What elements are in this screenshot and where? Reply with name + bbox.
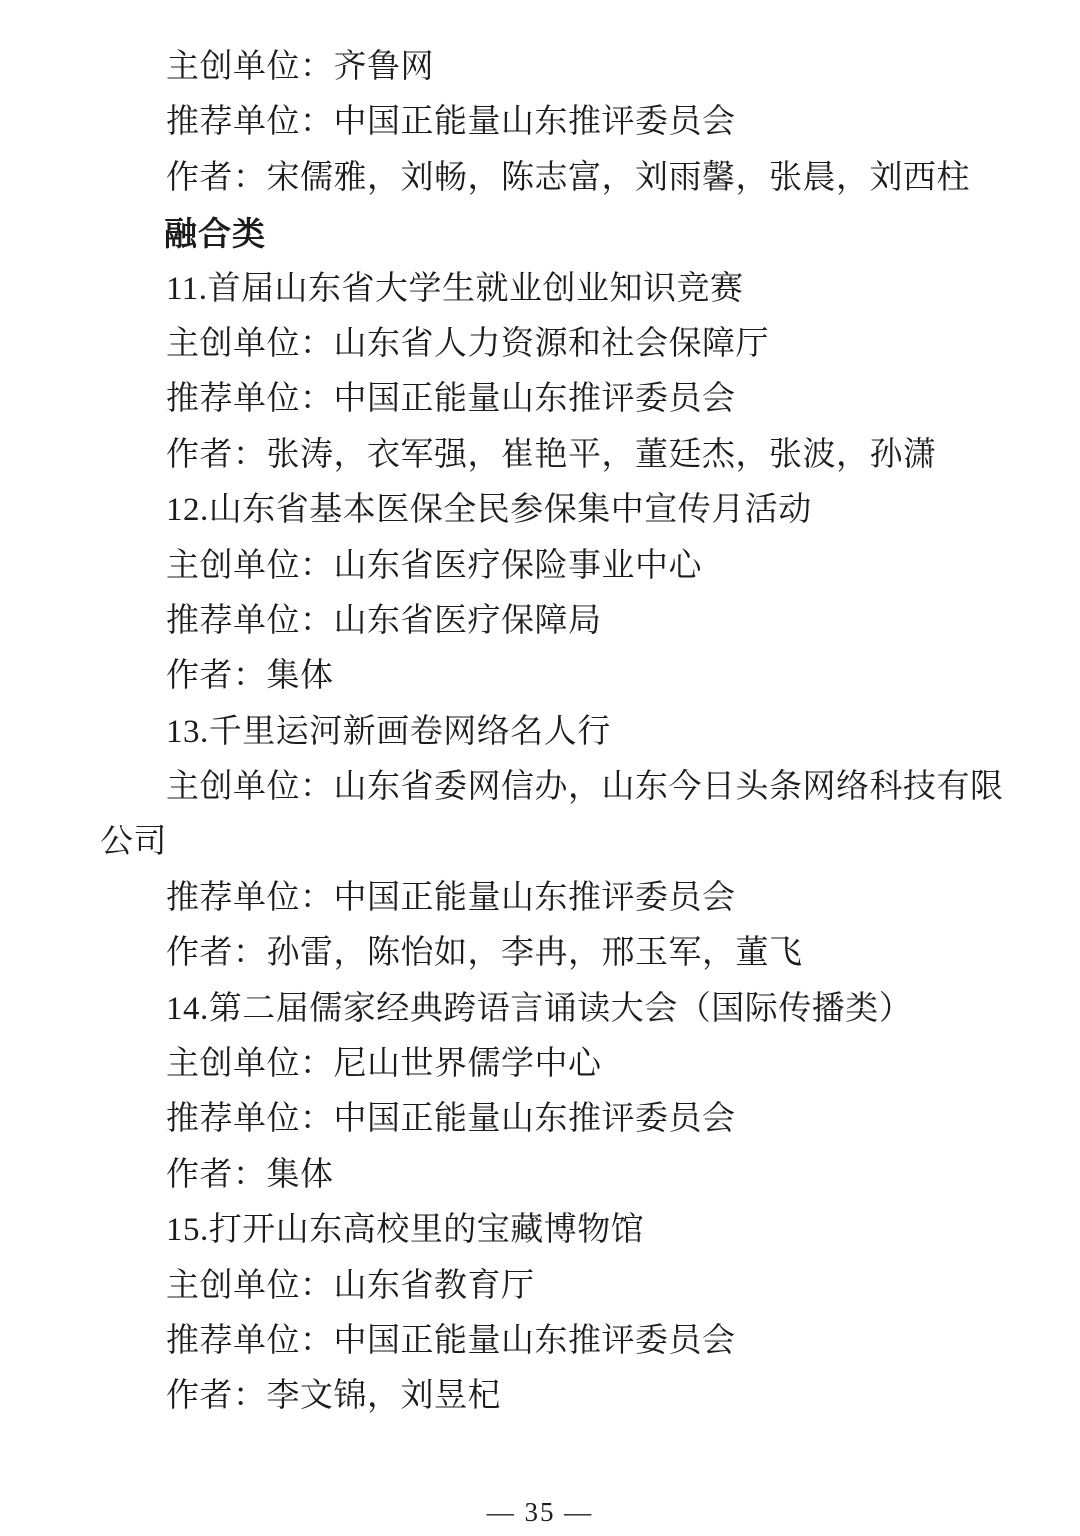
page-footer: — 35 — bbox=[0, 1497, 1080, 1528]
page-number: — 35 — bbox=[487, 1497, 594, 1527]
document-line: 推荐单位：中国正能量山东推评委员会 bbox=[100, 1092, 990, 1147]
document-line: 推荐单位：中国正能量山东推评委员会 bbox=[100, 1314, 990, 1369]
document-line: 作者：张涛，衣军强，崔艳平，董廷杰，张波，孙潇 bbox=[100, 428, 990, 483]
document-line: 11.首届山东省大学生就业创业知识竞赛 bbox=[100, 262, 990, 317]
document-line: 作者：集体 bbox=[100, 649, 990, 704]
document-line: 主创单位：山东省医疗保险事业中心 bbox=[100, 539, 990, 594]
document-line: 作者：孙雷，陈怡如，李冉，邢玉军，董飞 bbox=[100, 926, 990, 981]
document-line: 作者：宋儒雅，刘畅，陈志富，刘雨馨，张晨，刘西柱 bbox=[100, 151, 990, 206]
document-line: 14.第二届儒家经典跨语言诵读大会（国际传播类） bbox=[100, 982, 990, 1037]
document-line: 主创单位：山东省人力资源和社会保障厅 bbox=[100, 317, 990, 372]
document-line: 推荐单位：中国正能量山东推评委员会 bbox=[100, 95, 990, 150]
document-line: 推荐单位：中国正能量山东推评委员会 bbox=[100, 871, 990, 926]
document-line: 推荐单位：山东省医疗保障局 bbox=[100, 594, 990, 649]
document-line: 主创单位：山东省教育厅 bbox=[100, 1259, 990, 1314]
document-content: 主创单位：齐鲁网推荐单位：中国正能量山东推评委员会作者：宋儒雅，刘畅，陈志富，刘… bbox=[100, 40, 990, 1425]
document-page: 主创单位：齐鲁网推荐单位：中国正能量山东推评委员会作者：宋儒雅，刘畅，陈志富，刘… bbox=[0, 0, 1080, 1536]
document-line: 作者：李文锦，刘昱杞 bbox=[100, 1369, 990, 1424]
section-heading-line: 融合类 bbox=[100, 206, 990, 261]
document-line: 作者：集体 bbox=[100, 1148, 990, 1203]
document-line: 公司 bbox=[100, 815, 990, 870]
document-line: 主创单位：尼山世界儒学中心 bbox=[100, 1037, 990, 1092]
document-line: 推荐单位：中国正能量山东推评委员会 bbox=[100, 372, 990, 427]
document-line: 主创单位：山东省委网信办，山东今日头条网络科技有限 bbox=[100, 760, 990, 815]
document-line: 主创单位：齐鲁网 bbox=[100, 40, 990, 95]
document-line: 15.打开山东高校里的宝藏博物馆 bbox=[100, 1203, 990, 1258]
document-line: 13.千里运河新画卷网络名人行 bbox=[100, 705, 990, 760]
document-line: 12.山东省基本医保全民参保集中宣传月活动 bbox=[100, 483, 990, 538]
